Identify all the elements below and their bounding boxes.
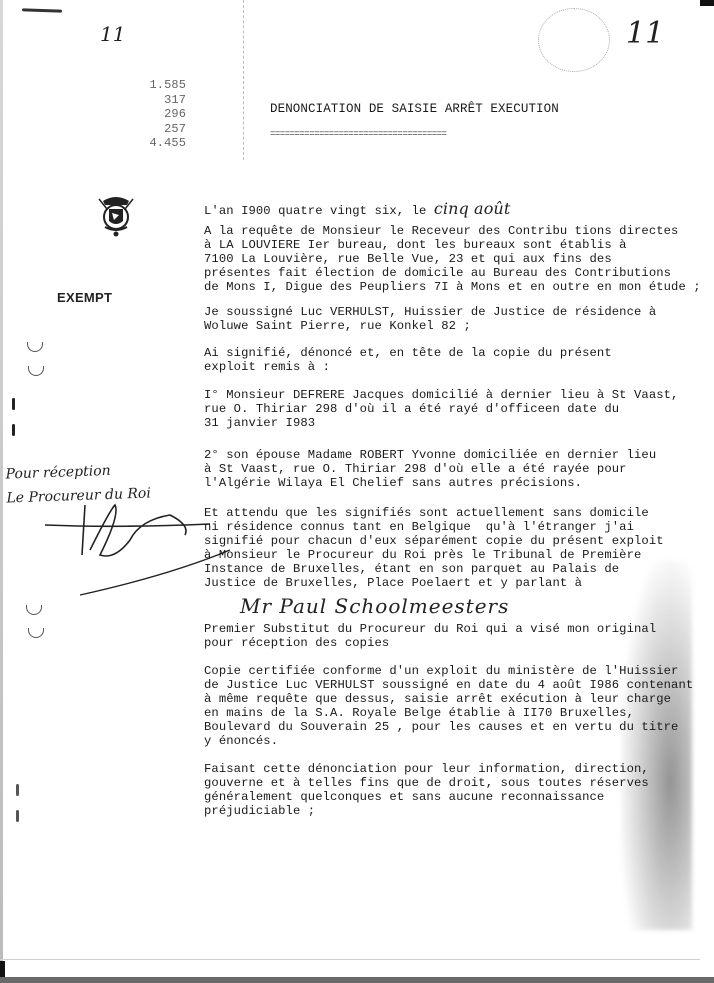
cost-figure: 317 — [118, 93, 186, 108]
text-line: de Justice Luc VERHULST soussigné en dat… — [204, 678, 693, 692]
text-line: pour réception des copies — [204, 636, 389, 650]
text-line: généralement quelconques et sans aucune … — [204, 790, 604, 804]
cost-figure: 4.455 — [118, 136, 186, 151]
page-number: 11 — [626, 16, 664, 51]
page-edge — [0, 0, 3, 983]
text-line: ni résidence connus tant en Belgique qu'… — [204, 520, 634, 534]
punch-hole-mark — [28, 628, 44, 638]
binder-mark — [12, 424, 15, 436]
punch-hole-mark — [26, 605, 42, 615]
title-underline: ==================================== — [270, 129, 446, 139]
text-line: Faisant cette dénonciation pour leur inf… — [204, 762, 649, 776]
text-line: 31 janvier I983 — [204, 416, 315, 430]
text-line: à St Vaast, rue O. Thiriar 298 d'où elle… — [204, 462, 627, 476]
text-line: exploit remis à : — [204, 360, 330, 374]
page-bottom-edge — [0, 959, 700, 960]
belgian-coat-of-arms-icon — [93, 193, 139, 239]
exempt-stamp: EXEMPT — [57, 290, 112, 305]
text-line: de Mons I, Digue des Peupliers 7I à Mons… — [204, 280, 701, 294]
text-line: y énoncés. — [204, 734, 278, 748]
date-line: L'an I900 quatre vingt six, le cinq août — [204, 199, 510, 218]
text-line: Ai signifié, dénoncé et, en tête de la c… — [204, 346, 612, 360]
cost-figure: 1.585 — [118, 78, 186, 93]
text-line: à Monsieur le Procureur du Roi près le T… — [204, 548, 641, 562]
text-line: Justice de Bruxelles, Place Poelaert et … — [204, 576, 582, 590]
binder-mark — [16, 810, 19, 822]
text-line: Copie certifiée conforme d'un exploit du… — [204, 664, 678, 678]
text-line: Et attendu que les signifiés sont actuel… — [204, 506, 649, 520]
text-line: Instance de Bruxelles, étant en son parq… — [204, 562, 619, 576]
handwritten-date: cinq août — [434, 199, 511, 218]
punch-hole-mark — [27, 342, 43, 352]
text-line: 7100 La Louvière, rue Belle Vue, 23 et q… — [204, 252, 612, 266]
top-left-handwritten-number: 11 — [100, 22, 125, 46]
text-line: à LA LOUVIERE Ier bureau, dont les burea… — [204, 238, 627, 252]
cost-figures: 1.585 317 296 257 4.455 — [118, 78, 186, 151]
text-line: Je soussigné Luc VERHULST, Huissier de J… — [204, 305, 656, 319]
handwritten-recipient-name: Mr Paul Schoolmeesters — [240, 594, 509, 618]
binder-mark — [12, 398, 15, 410]
scanner-border — [0, 977, 714, 983]
text-line: rue O. Thiriar 298 d'où il a été rayé d'… — [204, 402, 619, 416]
text-line: I° Monsieur DEFRERE Jacques domicilié à … — [204, 388, 678, 402]
document-title: DENONCIATION DE SAISIE ARRÊT EXECUTION — [270, 102, 559, 116]
cost-figure: 257 — [118, 122, 186, 137]
text-line: signifié pour chacun d'eux séparément co… — [204, 534, 664, 548]
scan-shadow — [620, 560, 692, 930]
text-line: préjudiciable ; — [204, 804, 315, 818]
faded-stamp — [538, 8, 610, 72]
text-line: Premier Substitut du Procureur du Roi qu… — [204, 622, 656, 636]
signature-icon — [20, 500, 230, 600]
text-line: 2° son épouse Madame ROBERT Yvonne domic… — [204, 448, 656, 462]
punch-hole-mark — [28, 366, 44, 376]
text-line: à même requête que dessus, saisie arrêt … — [204, 692, 671, 706]
text-line: A la requête de Monsieur le Receveur des… — [204, 224, 678, 238]
text-line: présentes fait élection de domicile au B… — [204, 266, 671, 280]
text-line: en mains de la S.A. Royale Belge établie… — [204, 706, 634, 720]
text-line: Boulevard du Souverain 25 , pour les cau… — [204, 720, 678, 734]
text-line: Woluwe Saint Pierre, rue Konkel 82 ; — [204, 319, 471, 333]
cost-figure: 296 — [118, 107, 186, 122]
header-divider — [243, 0, 244, 160]
text-line: l'Algérie Wilaya El Chelief sans autres … — [204, 476, 582, 490]
scan-corner-mark — [700, 0, 714, 6]
text-line: gouverne et à telles fins que de droit, … — [204, 776, 649, 790]
handwritten-dash — [22, 8, 62, 12]
binder-mark — [16, 784, 19, 796]
